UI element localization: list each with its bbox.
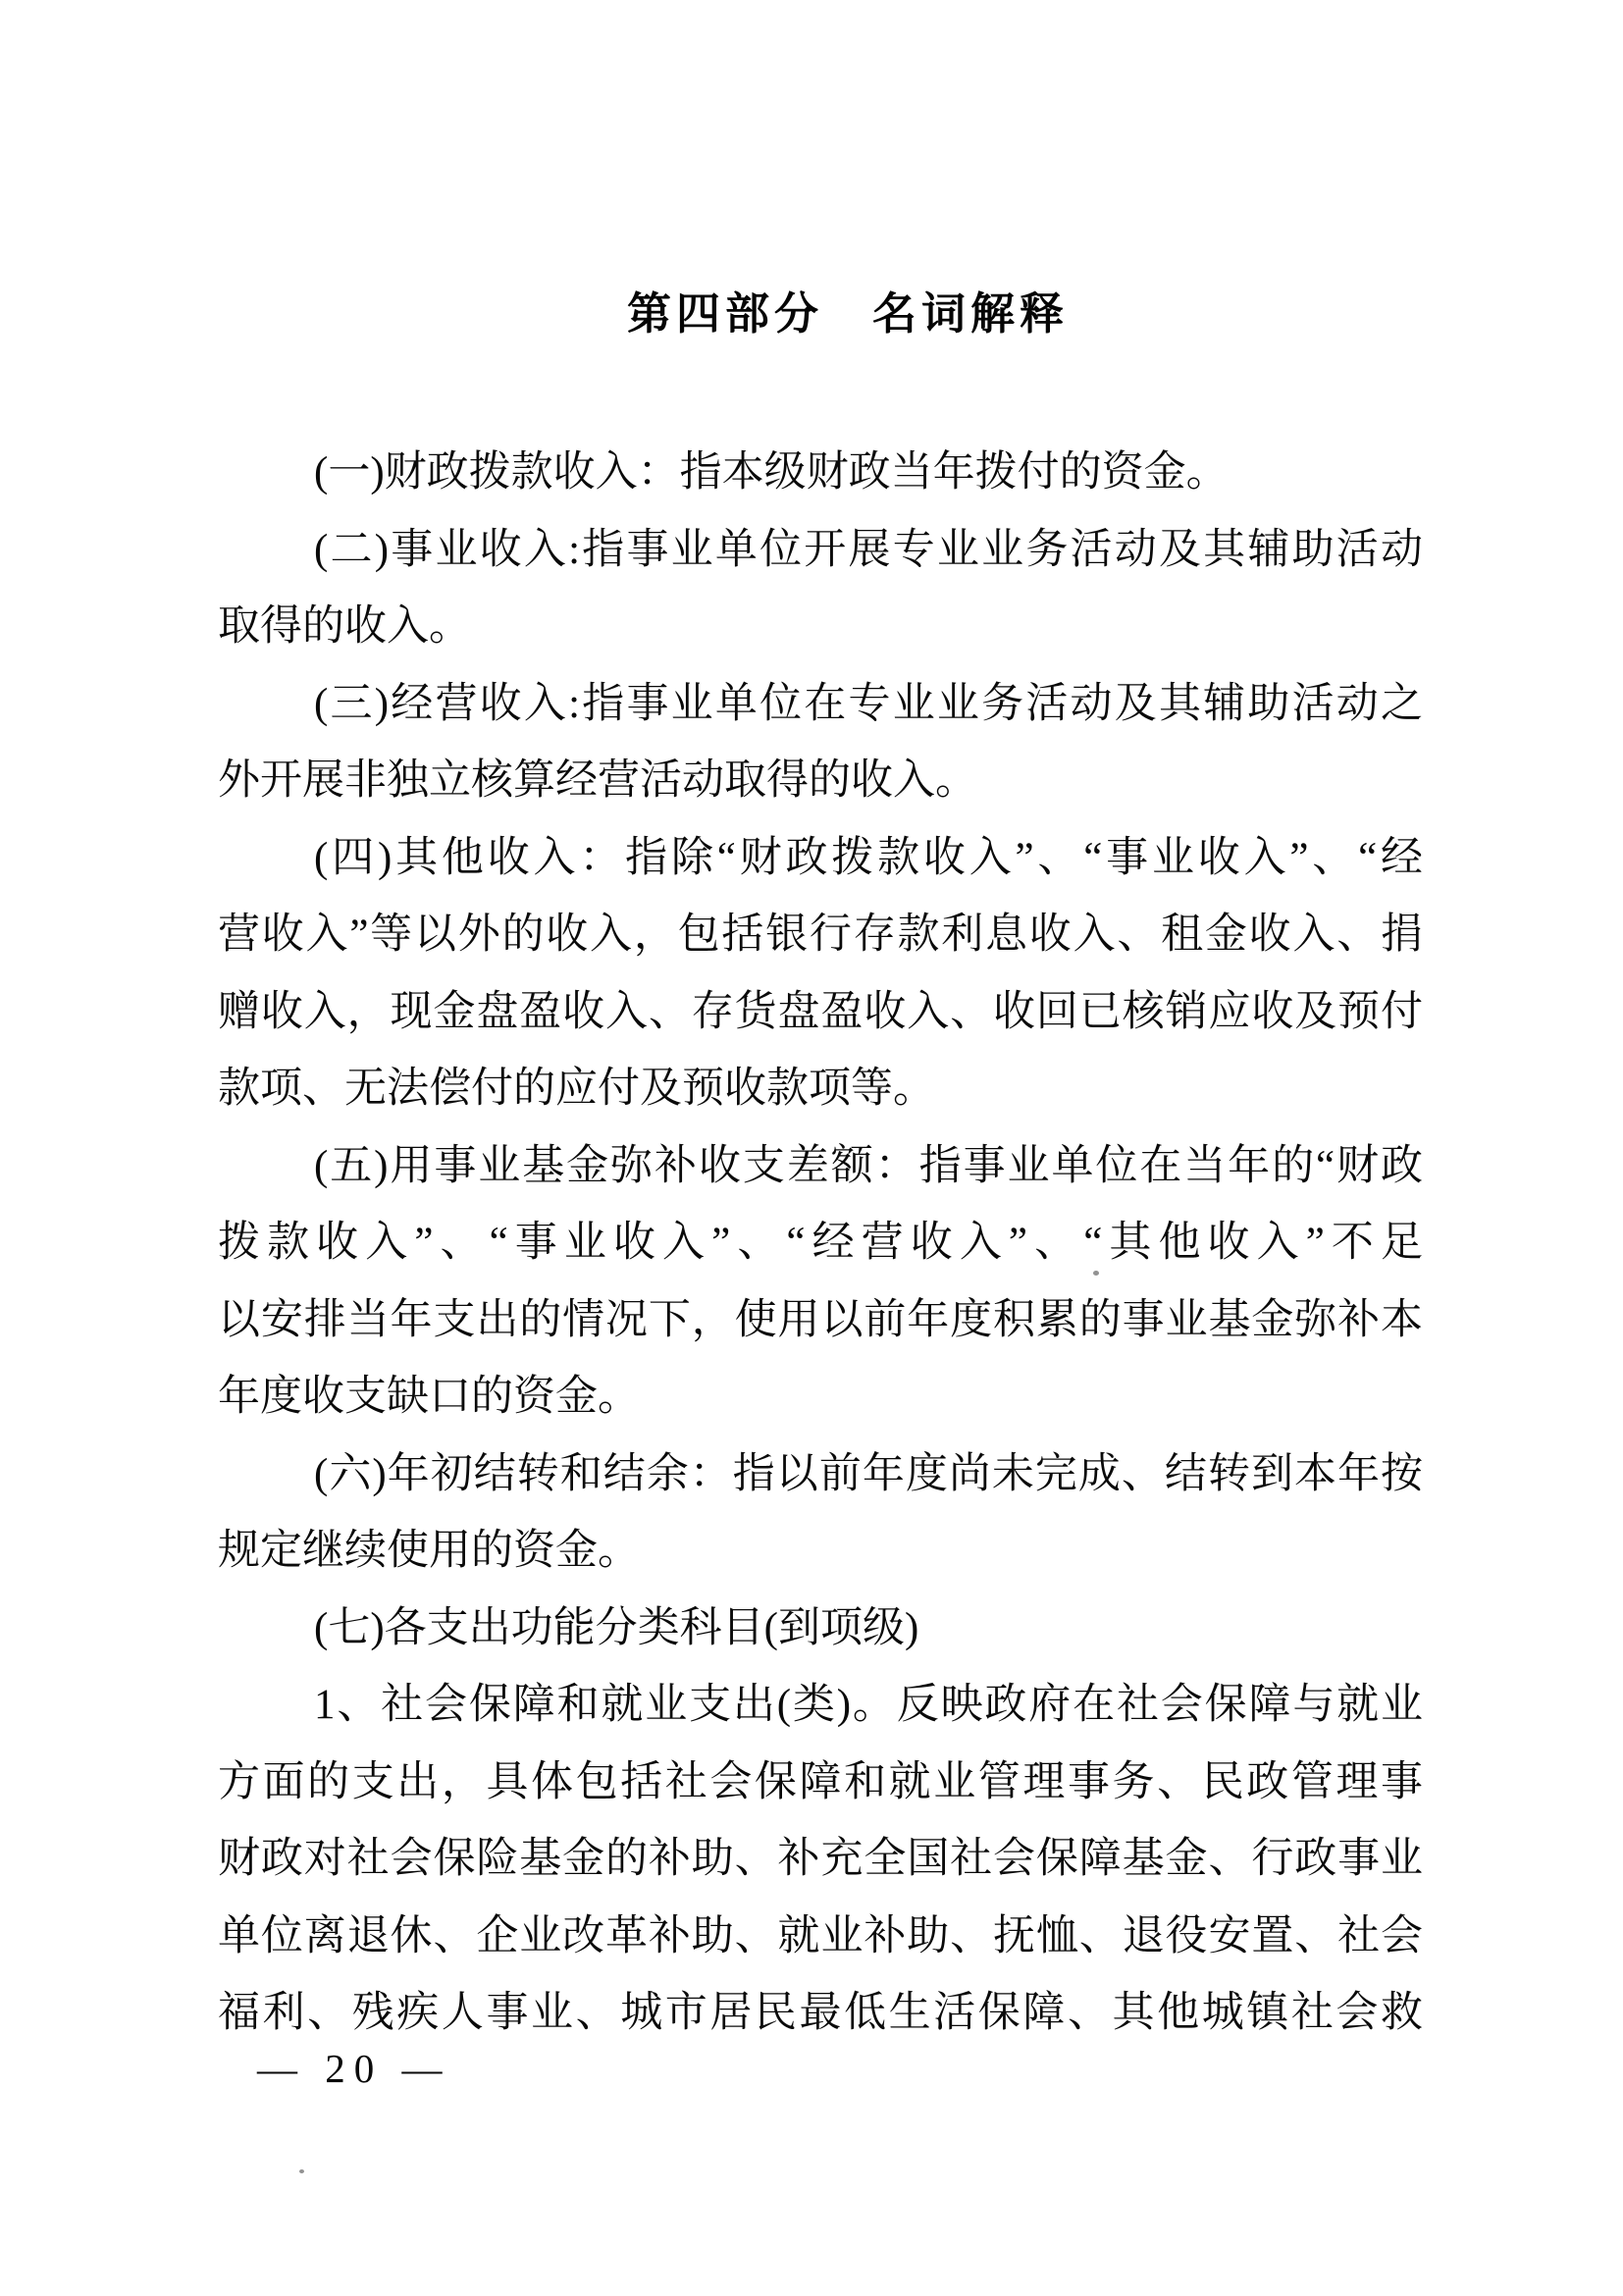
text-line: 福利、残疾人事业、城市居民最低生活保障、其他城镇社会救济、 xyxy=(218,1975,1423,2053)
text-line: (五)用事业基金弥补收支差额：指事业单位在当年的“财政 xyxy=(218,1128,1423,1206)
scan-speck xyxy=(1093,1271,1099,1276)
text-line: 赠收入，现金盘盈收入、存货盘盈收入、收回已核销应收及预付 xyxy=(218,974,1423,1052)
text-line: 单位离退休、企业改革补助、就业补助、抚恤、退役安置、社会 xyxy=(218,1899,1423,1976)
text-line: 营收入”等以外的收入，包括银行存款利息收入、租金收入、捐 xyxy=(218,897,1423,974)
body-text: (一)财政拨款收入：指本级财政当年拨付的资金。 (二)事业收入:指事业单位开展专… xyxy=(218,435,1423,2053)
text-line: 1、社会保障和就业支出(类)。反映政府在社会保障与就业 xyxy=(218,1667,1423,1745)
text-line: 方面的支出，具体包括社会保障和就业管理事务、民政管理事务、 xyxy=(218,1745,1423,1822)
text-line: 款项、无法偿付的应付及预收款项等。 xyxy=(218,1051,1423,1128)
scan-speck xyxy=(299,2169,304,2173)
text-line: (三)经营收入:指事业单位在专业业务活动及其辅助活动之 xyxy=(218,666,1423,744)
text-line: (一)财政拨款收入：指本级财政当年拨付的资金。 xyxy=(218,435,1423,512)
text-line: (七)各支出功能分类科目(到项级) xyxy=(218,1591,1423,1668)
page-title: 第四部分 名词解释 xyxy=(0,278,1623,341)
text-line: 年度收支缺口的资金。 xyxy=(218,1359,1423,1436)
text-line: 财政对社会保险基金的补助、补充全国社会保障基金、行政事业 xyxy=(218,1821,1423,1899)
text-line: 以安排当年支出的情况下，使用以前年度积累的事业基金弥补本 xyxy=(218,1282,1423,1360)
text-line: 拨款收入”、“事业收入”、“经营收入”、“其他收入”不足 xyxy=(218,1205,1423,1282)
text-line: 外开展非独立核算经营活动取得的收入。 xyxy=(218,743,1423,820)
page-number: — 20 — xyxy=(257,2047,451,2090)
text-line: (二)事业收入:指事业单位开展专业业务活动及其辅助活动 xyxy=(218,512,1423,590)
text-line: 规定继续使用的资金。 xyxy=(218,1513,1423,1591)
document-page: 第四部分 名词解释 (一)财政拨款收入：指本级财政当年拨付的资金。 (二)事业收… xyxy=(0,0,1623,2296)
text-line: 取得的收入。 xyxy=(218,589,1423,666)
text-line: (六)年初结转和结余：指以前年度尚未完成、结转到本年按 xyxy=(218,1436,1423,1514)
text-line: (四)其他收入：指除“财政拨款收入”、“事业收入”、“经 xyxy=(218,820,1423,898)
